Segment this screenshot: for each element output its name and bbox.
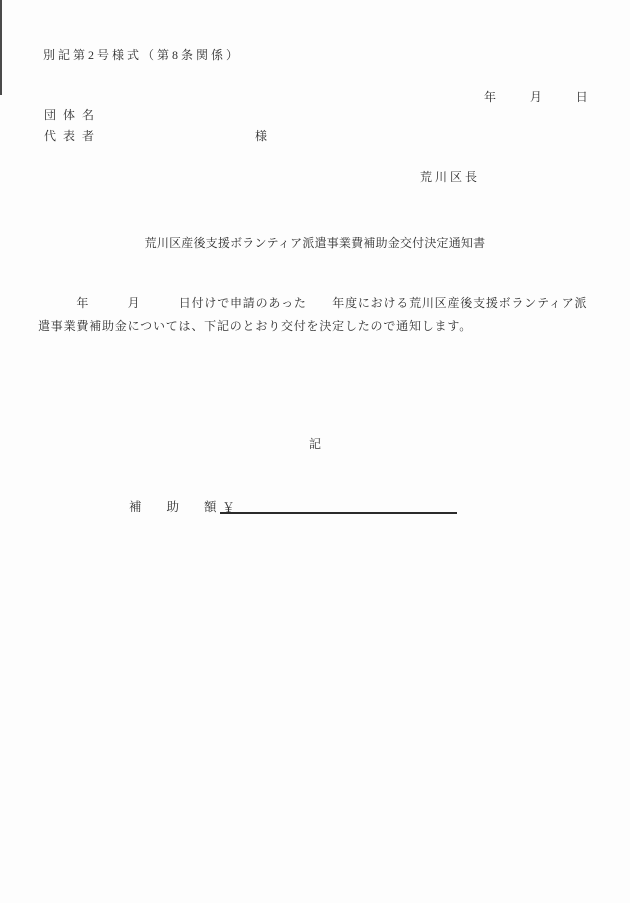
yen-currency-symbol: ￥ <box>222 497 235 516</box>
notice-body-line-2: 遣事業費補助金については、下記のとおり交付を決定したので通知します。 <box>38 315 613 338</box>
record-marker: 記 <box>0 438 630 451</box>
sender-title: 荒川区長 <box>420 170 480 185</box>
notice-body: 年 月 日付けで申請のあった 年度における荒川区産後支援ボランティア派 遣事業費… <box>38 292 613 338</box>
subsidy-amount-blank-field: ￥ <box>220 497 457 514</box>
org-name-label: 団体名 <box>44 108 101 123</box>
honorific-label: 様 <box>255 129 267 144</box>
form-number-label: 別記第2号様式（第8条関係） <box>43 48 241 63</box>
scan-artifact-line <box>0 0 2 95</box>
issue-date-line: 年 月 日 <box>484 90 591 105</box>
subsidy-amount-row: 補助額 ￥ <box>0 497 630 513</box>
document-title: 荒川区産後支援ボランティア派遣事業費補助金交付決定通知書 <box>0 234 630 251</box>
document-page: 別記第2号様式（第8条関係） 年 月 日 団体名 代表者 様 荒川区長 荒川区産… <box>0 0 630 903</box>
representative-label: 代表者 <box>44 129 101 144</box>
notice-body-line-1: 年 月 日付けで申請のあった 年度における荒川区産後支援ボランティア派 <box>38 292 613 315</box>
